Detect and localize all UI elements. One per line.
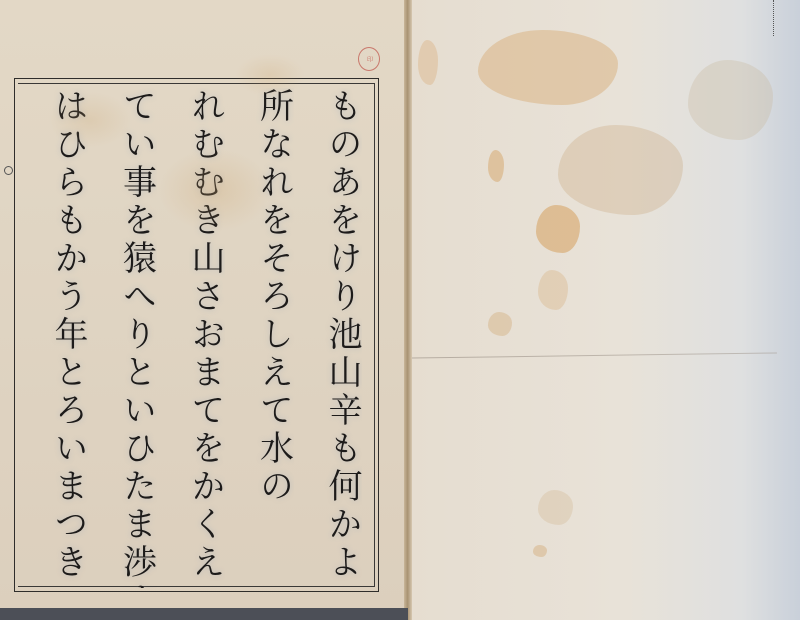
text-column-5: はひらもかう年とろいまつき xyxy=(44,88,88,588)
text-column-1: ものあをけり池山辛も何かよ xyxy=(318,88,362,588)
text-column-4: てい事を猿へりといひたま渉す xyxy=(113,88,157,588)
right-page xyxy=(408,0,800,620)
water-stain xyxy=(533,545,547,557)
page-edge-mark xyxy=(773,0,778,36)
water-stain xyxy=(418,40,438,85)
text-column-2: 所なれをそろしえて水の xyxy=(250,88,294,588)
table-surface xyxy=(0,608,408,620)
book-gutter xyxy=(404,0,412,620)
water-stain xyxy=(538,490,573,525)
water-stain xyxy=(558,125,683,215)
book-spread: 印 ものあをけり池山辛も何かよ 所なれをそろしえて水の れむむき山さおまてをかく… xyxy=(0,0,800,620)
water-stain xyxy=(478,30,618,105)
text-columns: ものあをけり池山辛も何かよ 所なれをそろしえて水の れむむき山さおまてをかくえ … xyxy=(30,88,370,588)
water-stain xyxy=(536,205,580,253)
left-page: 印 ものあをけり池山辛も何かよ 所なれをそろしえて水の れむむき山さおまてをかく… xyxy=(0,0,408,612)
water-stain xyxy=(488,150,504,182)
red-seal-stamp: 印 xyxy=(358,47,380,71)
water-stain xyxy=(488,312,512,336)
text-column-3: れむむき山さおまてをかくえ xyxy=(181,88,225,588)
water-stain xyxy=(538,270,568,310)
water-stain xyxy=(688,60,773,140)
binding-hole xyxy=(4,166,13,175)
